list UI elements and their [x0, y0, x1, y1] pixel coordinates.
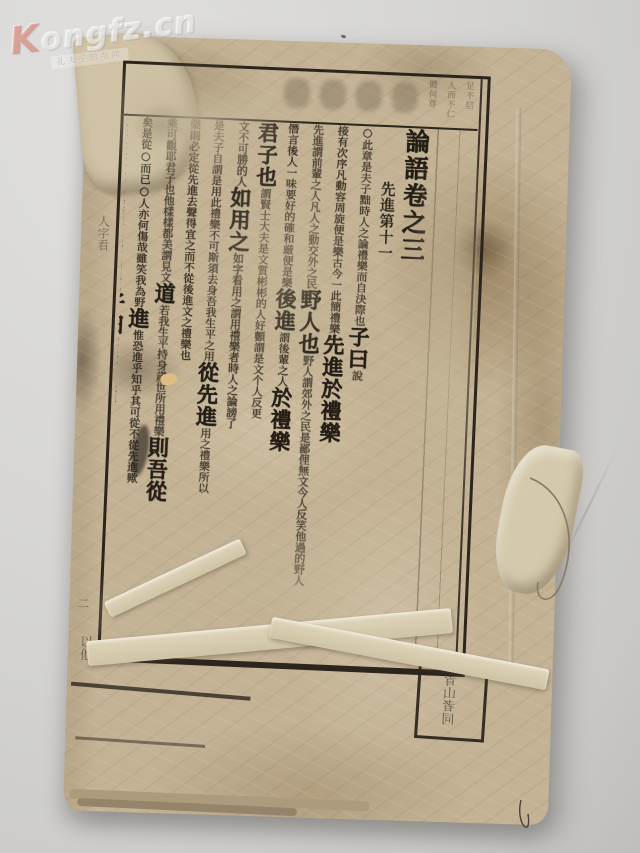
header-smudge	[283, 78, 310, 109]
commentary-text: 謂賢士大夫是文質彬彬的人好䫫謂是文个人反更	[249, 188, 272, 419]
fold-edge-page-number: 二	[77, 595, 90, 612]
passage-text: 野人也	[296, 288, 324, 355]
watermark-k: K	[7, 16, 43, 63]
header-smudge	[319, 79, 346, 110]
passage-text: 進	[126, 307, 152, 330]
commentary-text: 文不可勝的人	[234, 121, 250, 188]
back-label-text: 青山者同	[443, 673, 460, 726]
commentary-text: 先進謂前輩之人凡人之動交外之民	[305, 124, 325, 289]
backdrop-speck	[341, 34, 347, 39]
commentary-text: 僭言後人一味要好的確和厳便是樂	[280, 123, 300, 288]
commentary-text: 若我生平持身歲世所用禮樂	[152, 304, 171, 436]
passage-text: 於禮樂	[267, 386, 295, 453]
commentary-text: 用之禮樂所以	[196, 427, 212, 494]
passage-text: 從先進	[193, 361, 221, 428]
commentary-text: 謂後輩之人	[275, 331, 290, 387]
header-note: 體何尊	[427, 80, 437, 109]
commentary-text: 先進第十一	[375, 181, 396, 262]
passage-text: 先進於禮樂	[317, 333, 347, 444]
header-smudge	[355, 81, 382, 112]
passage-text: 君子也	[253, 121, 279, 188]
header-note: 足不信	[464, 81, 474, 110]
passage-text: 道	[152, 282, 178, 305]
commentary-text: ○此章是夫子黜時人之論禮樂而自決際也	[353, 126, 375, 326]
passage-text: 後進	[272, 287, 299, 332]
passage-text: 子曰	[345, 325, 372, 370]
commentary-text: 乘可觀耶君子也他樣樣都美謂見文	[159, 117, 179, 282]
commentary-text: 野人謂郊外之民是鄙俚無文今人反笑他過的野人	[292, 355, 315, 586]
photo-backdrop: 以他 青山者同 足不信人而不仁體何尊 論語卷之三先進第十一○此章是夫子黜時人之論…	[0, 0, 640, 853]
ancient-book: 以他 青山者同 足不信人而不仁體何尊 論語卷之三先進第十一○此章是夫子黜時人之論…	[63, 35, 572, 826]
commentary-text: 說	[350, 370, 363, 382]
commentary-text: 如字看用之謂用禮樂者時人之論謗了	[224, 252, 245, 428]
header-smudge	[391, 82, 418, 113]
commentary-text: 接有次序凡動容周旋便是樂古今一此簡禮樂	[327, 125, 349, 334]
commentary-text: 矣是從○而已○人亦何傷哉雖笑我為野	[133, 116, 154, 307]
passage-text: 如用之	[226, 186, 254, 253]
header-note: 人而不仁	[445, 81, 455, 119]
commentary-text: 是夫子自謂是用此禮樂不可斯須去身吾我生平之用	[202, 119, 226, 361]
